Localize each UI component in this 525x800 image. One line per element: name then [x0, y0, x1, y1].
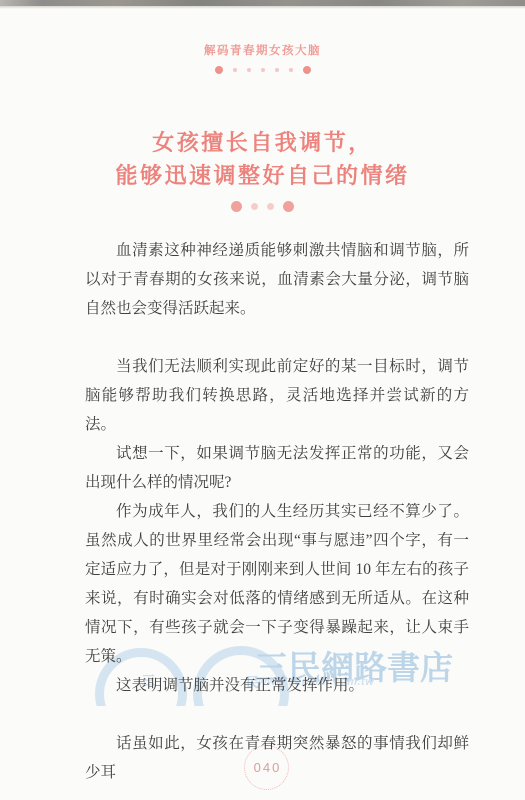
- body-paragraph: 这表明调节脑并没有正常发挥作用。: [85, 671, 469, 700]
- dot-icon: [275, 68, 279, 72]
- scan-edge-fade: [0, 6, 525, 9]
- header-decorative-dots: [0, 66, 525, 74]
- chapter-title-line2: 能够迅速调整好自己的情绪: [0, 159, 525, 192]
- dot-icon: [261, 68, 265, 72]
- body-paragraph: 作为成年人，我们的人生经历其实已经不算少了。虽然成人的世界里经常会出现“事与愿违…: [85, 497, 469, 671]
- dot-icon: [247, 68, 251, 72]
- dot-icon: [251, 203, 258, 210]
- dot-icon: [215, 66, 223, 74]
- book-page: 解码青春期女孩大脑 女孩擅长自我调节， 能够迅速调整好自己的情绪 三 民 三民網…: [0, 0, 525, 800]
- body-paragraph: 当我们无法顺利实现此前定好的某一目标时，调节脑能够帮助我们转换思路，灵活地选择并…: [85, 352, 469, 439]
- title-decorative-dots: [0, 201, 525, 212]
- running-head-book-title: 解码青春期女孩大脑: [0, 42, 525, 58]
- dot-icon: [303, 66, 311, 74]
- body-paragraph: 血清素这种神经递质能够刺激共情脑和调节脑，所以对于青春期的女孩来说，血清素会大量…: [85, 236, 469, 323]
- body-text: 血清素这种神经递质能够刺激共情脑和调节脑，所以对于青春期的女孩来说，血清素会大量…: [85, 236, 469, 787]
- dot-icon: [231, 201, 242, 212]
- chapter-title: 女孩擅长自我调节， 能够迅速调整好自己的情绪: [0, 126, 525, 192]
- dot-icon: [267, 203, 274, 210]
- dot-icon: [289, 68, 293, 72]
- body-paragraph: 话虽如此，女孩在青春期突然暴怒的事情我们却鲜少耳: [85, 729, 469, 787]
- dot-icon: [233, 68, 237, 72]
- chapter-title-line1: 女孩擅长自我调节，: [0, 126, 525, 159]
- dot-icon: [283, 201, 294, 212]
- body-paragraph: 试想一下，如果调节脑无法发挥正常的功能，又会出现什么样的情况呢?: [85, 439, 469, 497]
